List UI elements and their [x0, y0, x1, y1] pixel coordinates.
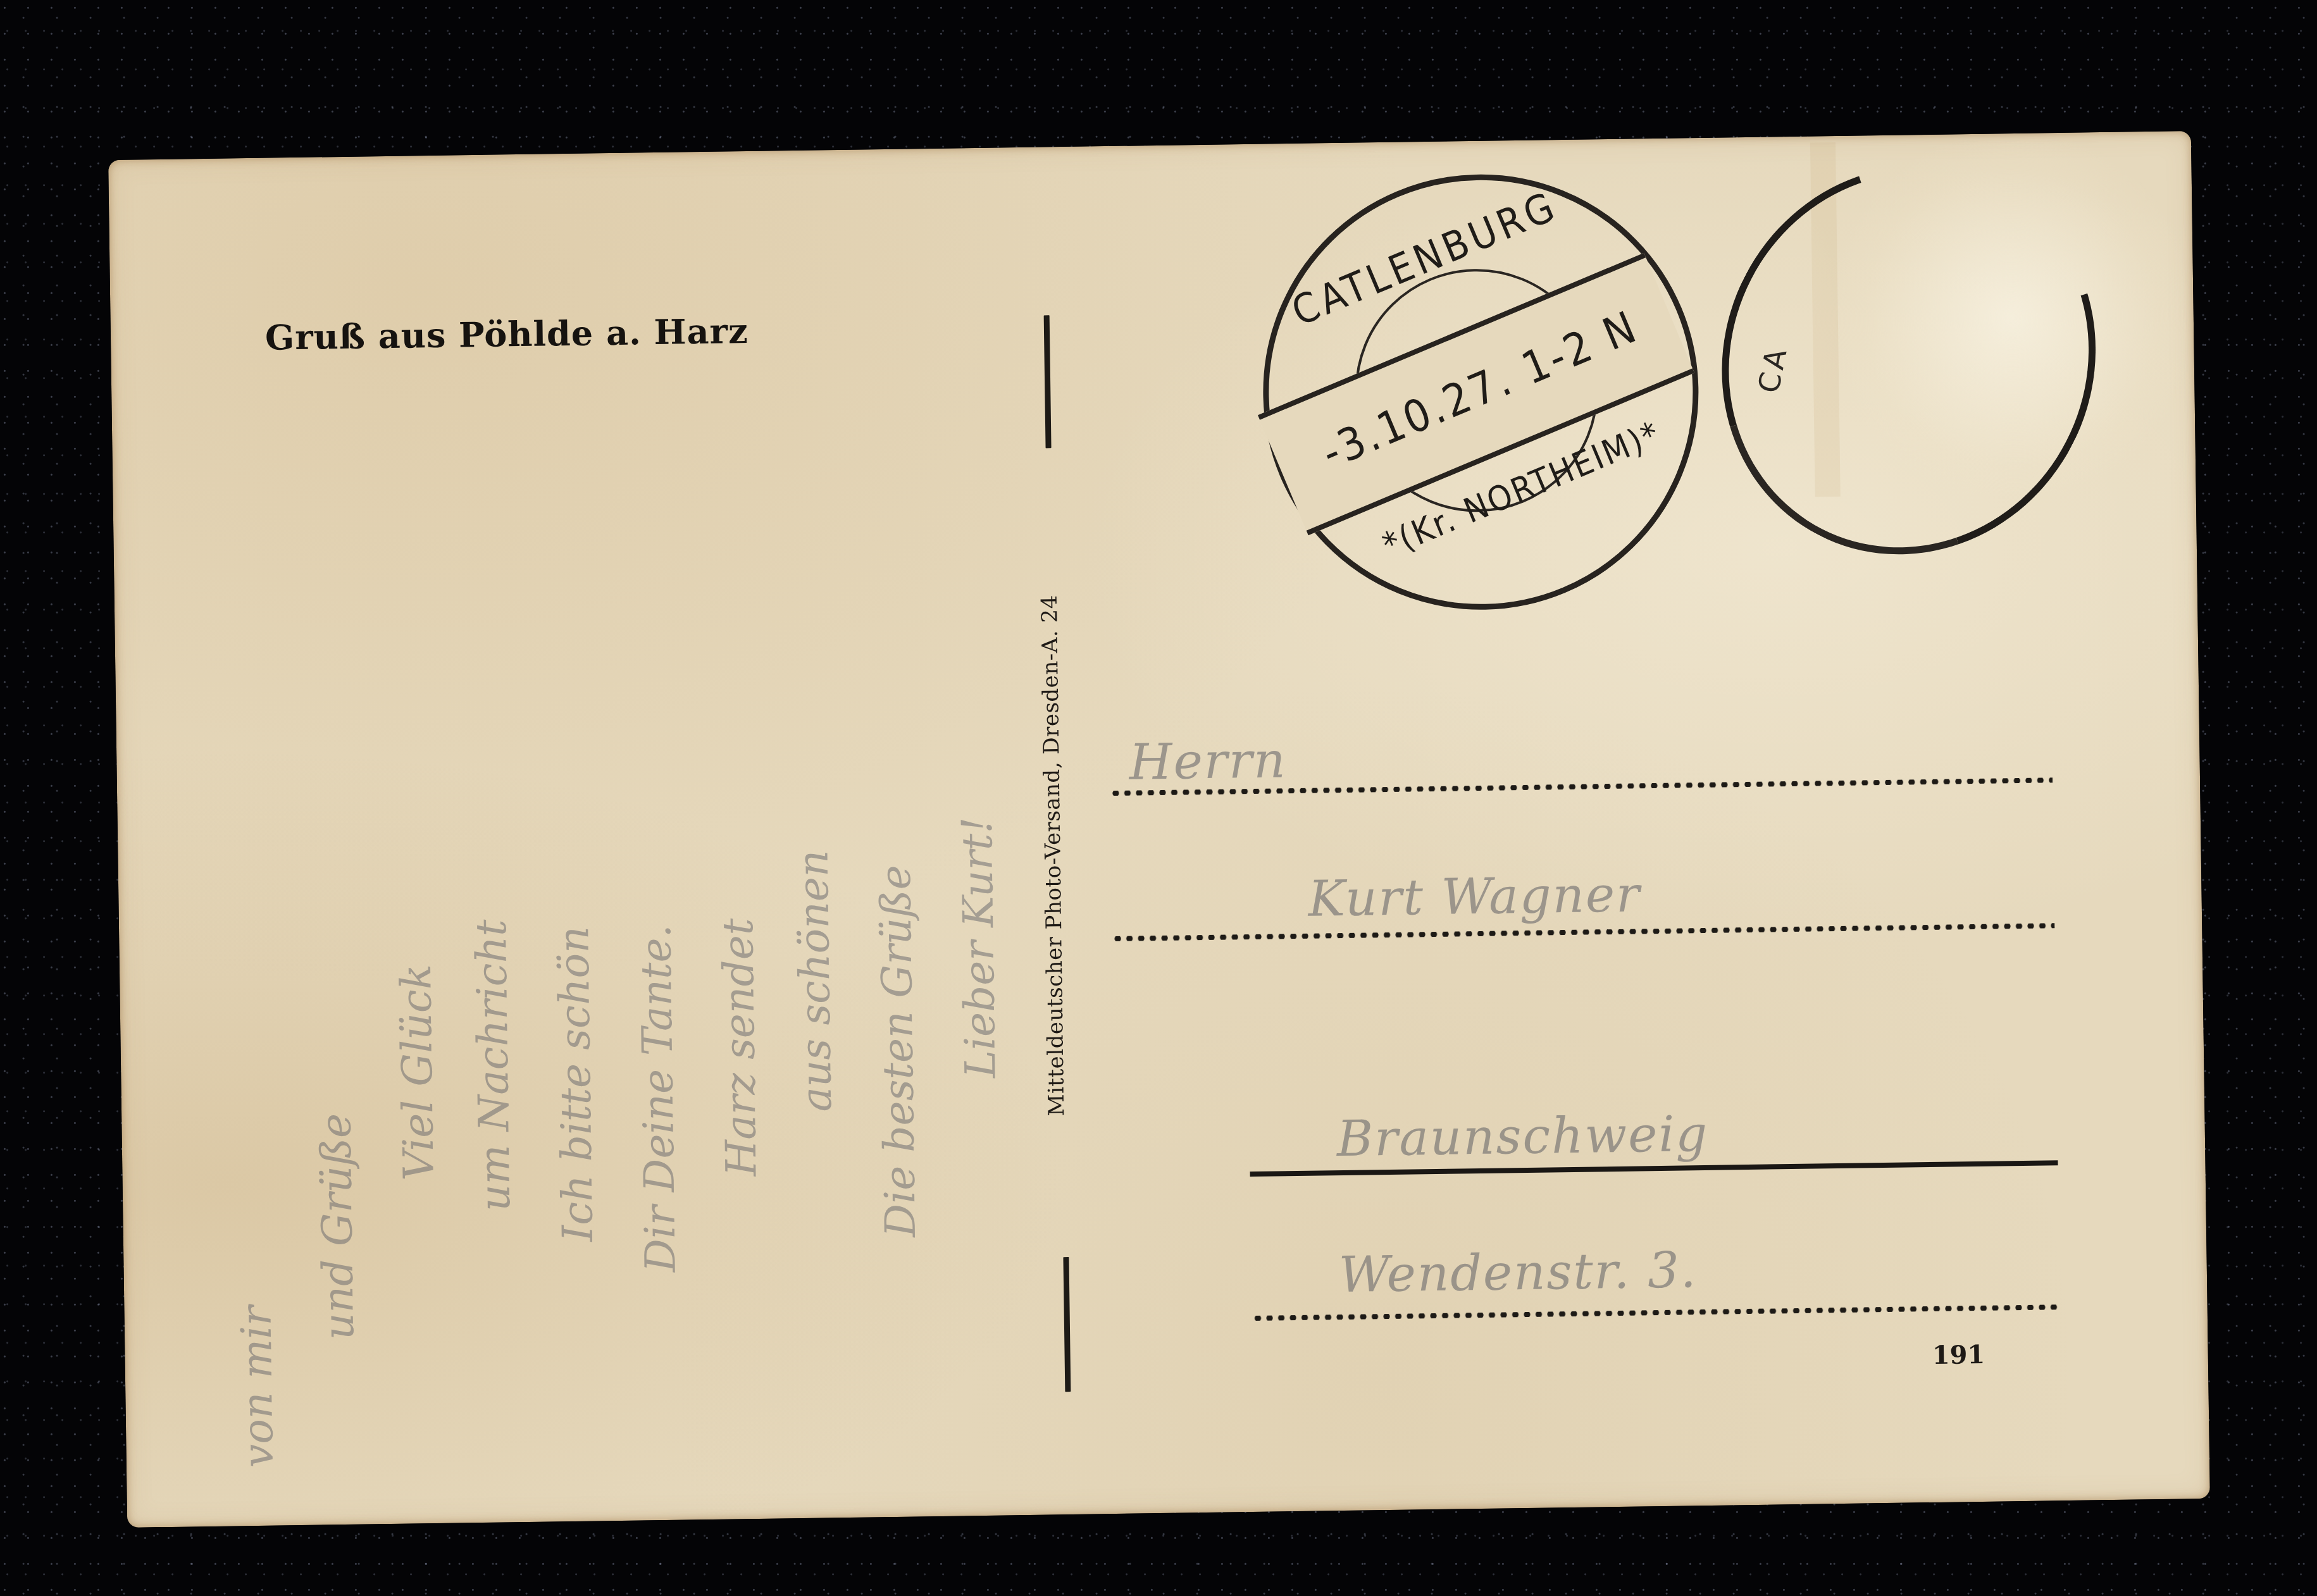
address-line-3: Braunschweig [1336, 1106, 1709, 1168]
message-line: Dir Deine Tante. [631, 924, 685, 1273]
address-dotted-line-2 [1112, 923, 2054, 941]
publisher-imprint: Mitteldeutscher Photo-Versand, Dresden-A… [1035, 476, 1071, 1235]
message-line: Lieber Kurt! [953, 817, 1005, 1079]
divider-rule-bottom [1063, 1257, 1071, 1392]
message-line: aus schönen [788, 850, 841, 1112]
message-line: Viel Glück [392, 964, 444, 1181]
message-line: und Grüße [311, 1113, 363, 1340]
postcard: Gruß aus Pöhlde a. Harz Mitteldeutscher … [108, 131, 2210, 1528]
message-line: Ich bitte schön [549, 926, 602, 1242]
card-number: 191 [1932, 1340, 1985, 1370]
message-line: um Nachricht [467, 919, 519, 1211]
message-line: Die besten Grüße [871, 865, 925, 1237]
message-line: von mir [232, 1306, 283, 1468]
address-dotted-line-3 [1252, 1304, 2060, 1321]
address-line-4: Wendenstr. 3. [1338, 1242, 1698, 1304]
address-line-1: Herrn [1129, 732, 1287, 791]
divider-rule-top [1044, 315, 1052, 448]
message-line: Harz sendet [714, 918, 766, 1177]
postmark: CATLENBURG -3.10.27. 1-2 N *(Kr. NORTHEI… [1196, 131, 1766, 677]
postcard-title: Gruß aus Pöhlde a. Harz [265, 311, 749, 358]
address-line-2: Kurt Wagner [1308, 866, 1641, 927]
handwritten-message: Lieber Kurt! Die besten Grüße aus schöne… [131, 413, 1032, 1500]
